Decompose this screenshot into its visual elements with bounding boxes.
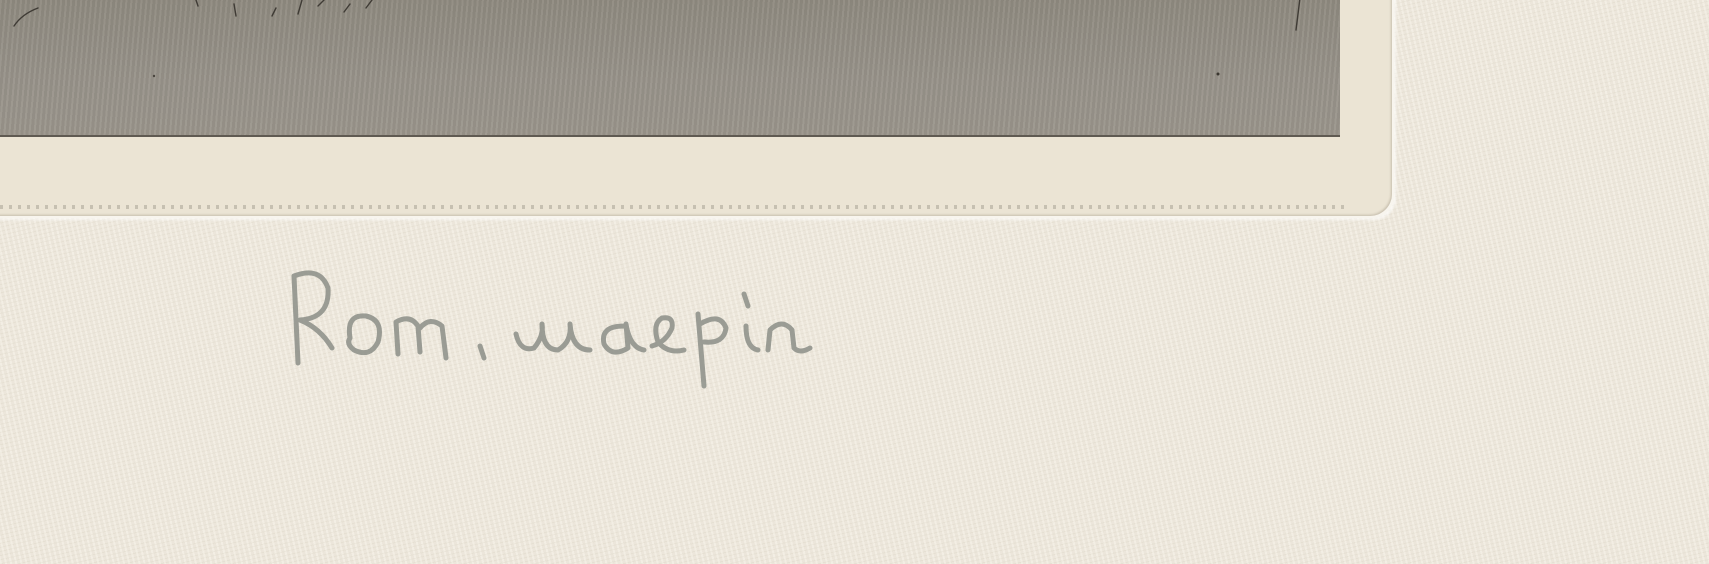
plate-mark-edge bbox=[0, 205, 1345, 209]
pencil-signature bbox=[280, 258, 1320, 398]
etched-marks bbox=[0, 0, 1340, 135]
